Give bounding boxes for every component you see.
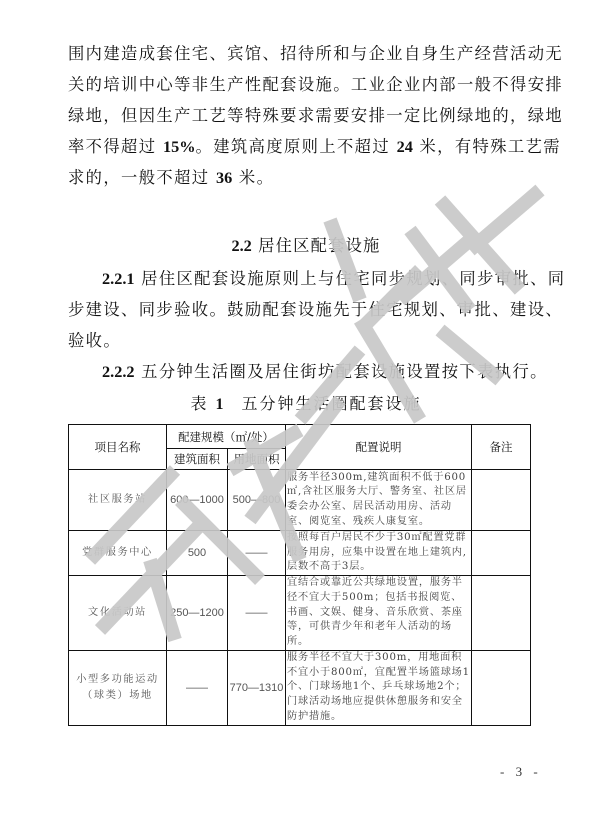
text-line: 围内建造成套住宅、宾馆、招待所和与企业自身生产经营活动无 [68,38,544,69]
section-number: 2.2 [231,236,251,255]
clause-2-2-2: 2.2.2 五分钟生活圈及居住街坊配套设施设置按下表执行。 [68,356,544,387]
header-scale: 配建规模（㎡/处） [167,425,286,449]
special-height-value: 36 [216,168,232,187]
cell-land-area: 500—800 [228,470,286,531]
text-line: 验收。 [68,325,544,356]
header-remarks: 备注 [472,425,531,470]
text-line: 率不得超过 15%。建筑高度原则上不超过 24 米，有特殊工艺需 [68,131,544,162]
document-page: 围内建造成套住宅、宾馆、招待所和与企业自身生产经营活动无 关的培训中心等非生产性… [0,0,605,834]
header-name: 项目名称 [69,425,167,470]
caption-number: 1 [216,396,224,413]
cell-remarks [472,531,531,576]
text-fragment: 居住区配套设施原则上与住宅同步规划、同步审批、同 [135,269,566,288]
green-ratio-value: 15% [163,137,196,156]
text-fragment: 。建筑高度原则上不超过 [196,137,397,156]
cell-land-area: 770—1310 [228,650,286,725]
cell-name: 小型多功能运动（球类）场地 [69,650,167,725]
header-land-area: 用地面积 [228,449,286,470]
table-row: 社区服务站 600—1000 500—800 服务半径300m,建筑面积不低于6… [69,470,531,531]
cell-building-area: 250—1200 [167,576,228,651]
cell-description: 服务半径不宜大于300m，用地面积不宜小于800㎡，宜配置半场篮球场1个、门球场… [286,650,472,725]
text-fragment: 求的，一般不超过 [68,168,216,187]
paragraph-industrial-land: 围内建造成套住宅、宾馆、招待所和与企业自身生产经营活动无 关的培训中心等非生产性… [68,38,544,193]
header-description: 配置说明 [286,425,472,470]
cell-remarks [472,470,531,531]
table-row: 党群服务中心 500 —— 按照每百户居民不少于30㎡配置党群服务用房，应集中设… [69,531,531,576]
cell-building-area: —— [167,650,228,725]
cell-description: 服务半径300m,建筑面积不低于600㎡,含社区服务大厅、警务室、社区居委会办公… [286,470,472,531]
cell-description: 宜结合或靠近公共绿地设置，服务半径不宜大于500m；包括书报阅览、书画、文娱、健… [286,576,472,651]
cell-name: 文化活动站 [69,576,167,651]
table-header-row: 项目名称 配建规模（㎡/处） 配置说明 备注 [69,425,531,449]
cell-land-area: —— [228,576,286,651]
table-row: 小型多功能运动（球类）场地 —— 770—1310 服务半径不宜大于300m，用… [69,650,531,725]
cell-remarks [472,650,531,725]
clause-number: 2.2.2 [102,362,135,381]
section-heading: 2.2 居住区配套设施 [68,232,544,256]
text-fragment: 五分钟生活圈及居住街坊配套设施设置按下表执行。 [135,362,548,381]
text-line: 求的，一般不超过 36 米。 [68,162,544,193]
caption-title: 五分钟生活圈配套设施 [224,394,422,413]
table-row: 文化活动站 250—1200 —— 宜结合或靠近公共绿地设置，服务半径不宜大于5… [69,576,531,651]
text-fragment: 米，有特殊工艺需 [413,137,561,156]
cell-name: 党群服务中心 [69,531,167,576]
cell-name: 社区服务站 [69,470,167,531]
header-building-area: 建筑面积 [167,449,228,470]
caption-prefix: 表 [190,394,215,413]
text-fragment: 率不得超过 [68,137,163,156]
text-line: 2.2.1 居住区配套设施原则上与住宅同步规划、同步审批、同 [68,263,544,294]
cell-remarks [472,576,531,651]
cell-building-area: 600—1000 [167,470,228,531]
clause-number: 2.2.1 [102,269,135,288]
text-line: 2.2.2 五分钟生活圈及居住街坊配套设施设置按下表执行。 [68,356,544,387]
table-caption: 表 1 五分钟生活圈配套设施 [68,391,544,414]
text-line: 关的培训中心等非生产性配套设施。工业企业内部一般不得安排 [68,69,544,100]
text-fragment: 米。 [232,168,274,187]
text-line: 绿地，但因生产工艺等特殊要求需要安排一定比例绿地的，绿地 [68,100,544,131]
page-number: - 3 - [500,764,542,780]
cell-description: 按照每百户居民不少于30㎡配置党群服务用房，应集中设置在地上建筑内,层数不高于3… [286,531,472,576]
facilities-table: 项目名称 配建规模（㎡/处） 配置说明 备注 建筑面积 用地面积 社区服务站 6… [68,424,531,726]
text-line: 步建设、同步验收。鼓励配套设施先于住宅规划、审批、建设、 [68,294,544,325]
height-limit-value: 24 [397,137,413,156]
section-title: 居住区配套设施 [252,236,381,255]
clause-2-2-1: 2.2.1 居住区配套设施原则上与住宅同步规划、同步审批、同 步建设、同步验收。… [68,263,544,356]
cell-building-area: 500 [167,531,228,576]
cell-land-area: —— [228,531,286,576]
